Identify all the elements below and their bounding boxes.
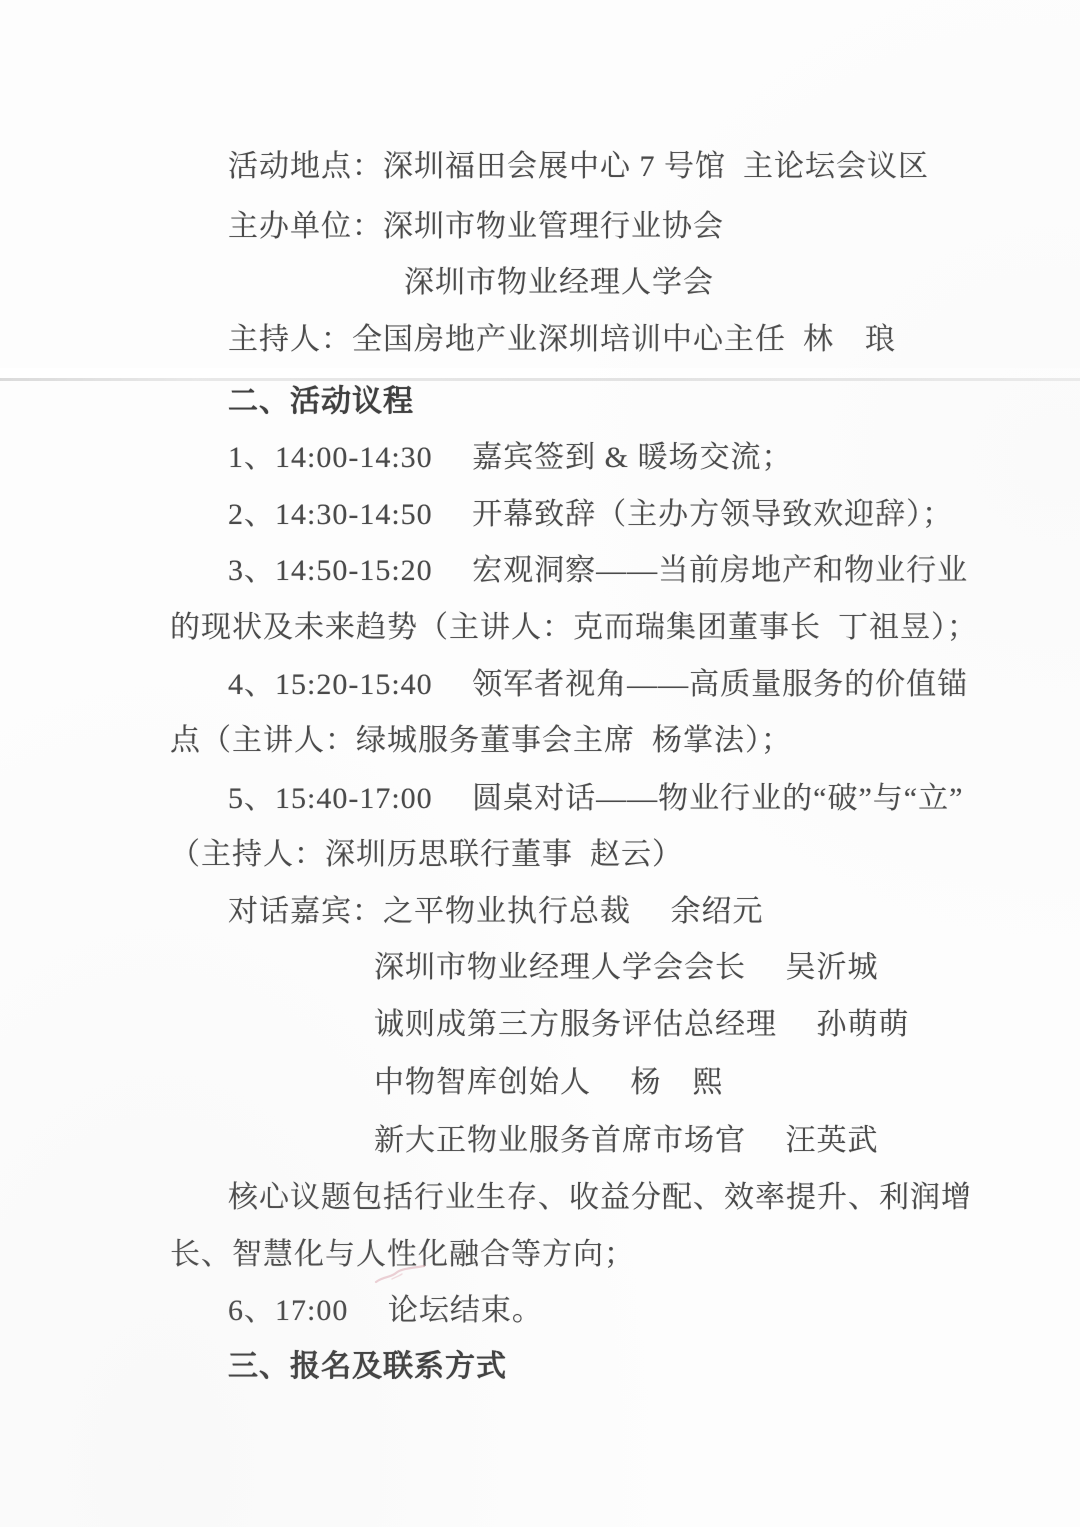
dialogue-guest-2: 深圳市物业经理人学会会长 吴沂城 bbox=[374, 951, 879, 985]
heading-agenda: 二、活动议程 bbox=[228, 385, 414, 419]
agenda-item-2: 2、14:30-14:50 开幕致辞（主办方领导致欢迎辞）； bbox=[228, 498, 953, 532]
heading-registration: 三、报名及联系方式 bbox=[228, 1350, 507, 1384]
agenda-item-3-cont: 的现状及未来趋势（主讲人：克而瑞集团董事长 丁祖昱）； bbox=[170, 611, 978, 645]
dialogue-guest-4: 中物智库创始人 杨 熙 bbox=[374, 1066, 724, 1100]
line-host: 主持人：全国房地产业深圳培训中心主任 林 琅 bbox=[228, 323, 896, 357]
agenda-item-5: 5、15:40-17:00 圆桌对话——物业行业的“破”与“立” bbox=[228, 782, 963, 816]
agenda-item-4: 4、15:20-15:40 领军者视角——高质量服务的价值锚 bbox=[228, 668, 968, 702]
core-topics: 核心议题包括行业生存、收益分配、效率提升、利润增 bbox=[228, 1181, 972, 1215]
red-pen-mark bbox=[372, 1262, 428, 1288]
scan-fold-line bbox=[0, 378, 1080, 381]
line-organizer-1: 主办单位：深圳市物业管理行业协会 bbox=[228, 210, 724, 244]
dialogue-guest-5: 新大正物业服务首席市场官 汪英武 bbox=[374, 1124, 879, 1158]
dialogue-guest-1: 对话嘉宾：之平物业执行总裁 余绍元 bbox=[228, 895, 764, 929]
dialogue-guest-3: 诚则成第三方服务评估总经理 孙萌萌 bbox=[374, 1008, 910, 1042]
agenda-item-4-cont: 点（主讲人：绿城服务董事会主席 杨掌法）； bbox=[170, 724, 792, 758]
scanned-document-page: 活动地点：深圳福田会展中心 7 号馆 主论坛会议区 主办单位：深圳市物业管理行业… bbox=[0, 0, 1080, 1527]
agenda-item-3: 3、14:50-15:20 宏观洞察——当前房地产和物业行业 bbox=[228, 554, 968, 588]
line-venue: 活动地点：深圳福田会展中心 7 号馆 主论坛会议区 bbox=[228, 150, 929, 184]
agenda-item-6: 6、17:00 论坛结束。 bbox=[228, 1294, 543, 1328]
agenda-item-5-cont: （主持人：深圳历思联行董事 赵云） bbox=[170, 838, 683, 872]
scan-fold-band bbox=[0, 368, 1080, 378]
line-organizer-2: 深圳市物业经理人学会 bbox=[404, 266, 714, 300]
agenda-item-1: 1、14:00-14:30 嘉宾签到 & 暖场交流； bbox=[228, 441, 793, 475]
